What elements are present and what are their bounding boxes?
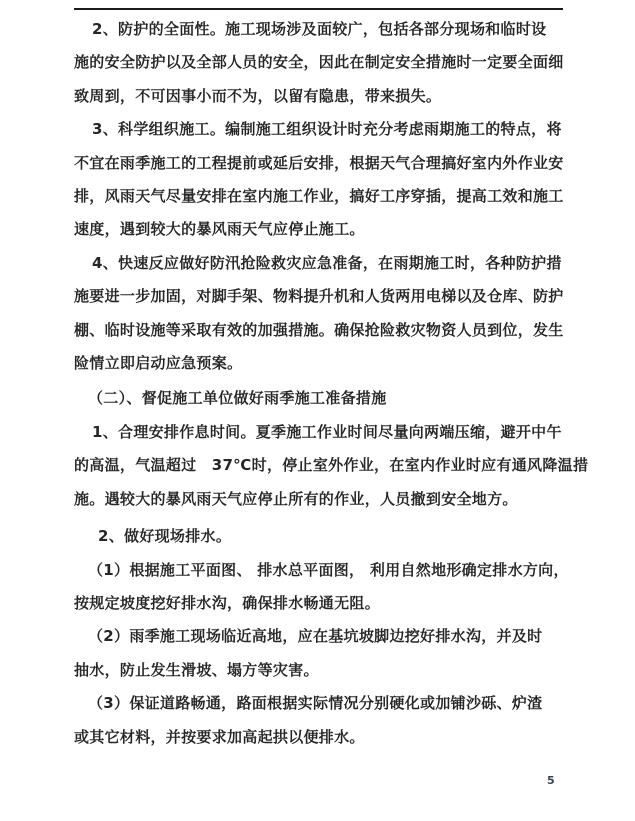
text-line: 或其它材料，并按要求加高起拱以便排水。 [74,721,566,754]
text-line: （二）、督促施工单位做好雨季施工准备措施 [74,382,566,415]
paragraph: （2）雨季施工现场临近高地，应在基坑坡脚边挖好排水沟，并及时 抽水，防止发生滑坡… [74,620,566,687]
text-line: （3）保证道路畅通，路面根据实际情况分别硬化或加铺沙砾、炉渣 [74,687,566,720]
paragraph: 4、快速反应做好防汛抢险救灾应急准备，在雨期施工时，各种防护措 施要进一步加固，… [74,247,566,381]
text-line: 1、合理安排作息时间。夏季施工作业时间尽量向两端压缩，避开中午 [74,416,566,449]
paragraph: 1、合理安排作息时间。夏季施工作业时间尽量向两端压缩，避开中午 的高温，气温超过… [74,416,566,516]
text-line: 致周到，不可因事小而不为，以留有隐患，带来损失。 [74,80,566,113]
document-page: 2、防护的全面性。施工现场涉及面较广，包括各部分现场和临时设 施的安全防护以及全… [0,0,635,821]
page-number: 5 [547,774,555,787]
text-line: 施。遇较大的暴风雨天气应停止所有的作业，人员撤到安全地方。 [74,483,566,516]
paragraph: 2、防护的全面性。施工现场涉及面较广，包括各部分现场和临时设 施的安全防护以及全… [74,13,566,113]
text-line: 施要进一步加固，对脚手架、物料提升机和人货两用电梯以及仓库、防护 [74,280,566,313]
text-line: 按规定坡度挖好排水沟，确保排水畅通无阻。 [74,587,566,620]
text-line: 棚、临时设施等采取有效的加强措施。确保抢险救灾物资人员到位，发生 [74,314,566,347]
text-line: 施的安全防护以及全部人员的安全，因此在制定安全措施时一定要全面细 [74,46,566,79]
paragraph: （1）根据施工平面图、 排水总平面图， 利用自然地形确定排水方向， 按规定坡度挖… [74,554,566,621]
text-line: 险情立即启动应急预案。 [74,347,566,380]
text-line: 速度，遇到较大的暴风雨天气应停止施工。 [74,213,566,246]
section-heading: （二）、督促施工单位做好雨季施工准备措施 [74,382,566,415]
text-line: （1）根据施工平面图、 排水总平面图， 利用自然地形确定排水方向， [74,554,566,587]
text-line: （2）雨季施工现场临近高地，应在基坑坡脚边挖好排水沟，并及时 [74,620,566,653]
text-line: 3、科学组织施工。编制施工组织设计时充分考虑雨期施工的特点，将 [74,113,566,146]
paragraph: （3）保证道路畅通，路面根据实际情况分别硬化或加铺沙砾、炉渣 或其它材料，并按要… [74,687,566,754]
text-line: 的高温，气温超过 37℃时，停止室外作业，在室内作业时应有通风降温措 [74,449,566,482]
text-line: 抽水，防止发生滑坡、塌方等灾害。 [74,654,566,687]
header-divider-rule [74,8,563,10]
text-line: 排，风雨天气尽量安排在室内施工作业，搞好工序穿插，提高工效和施工 [74,180,566,213]
text-line: 2、做好现场排水。 [74,520,566,553]
document-body: 2、防护的全面性。施工现场涉及面较广，包括各部分现场和临时设 施的安全防护以及全… [74,13,566,754]
paragraph: 3、科学组织施工。编制施工组织设计时充分考虑雨期施工的特点，将 不宜在雨季施工的… [74,113,566,247]
text-line: 4、快速反应做好防汛抢险救灾应急准备，在雨期施工时，各种防护措 [74,247,566,280]
text-line: 2、防护的全面性。施工现场涉及面较广，包括各部分现场和临时设 [74,13,566,46]
text-line: 不宜在雨季施工的工程提前或延后安排，根据天气合理搞好室内外作业安 [74,147,566,180]
paragraph: 2、做好现场排水。 [74,520,566,553]
